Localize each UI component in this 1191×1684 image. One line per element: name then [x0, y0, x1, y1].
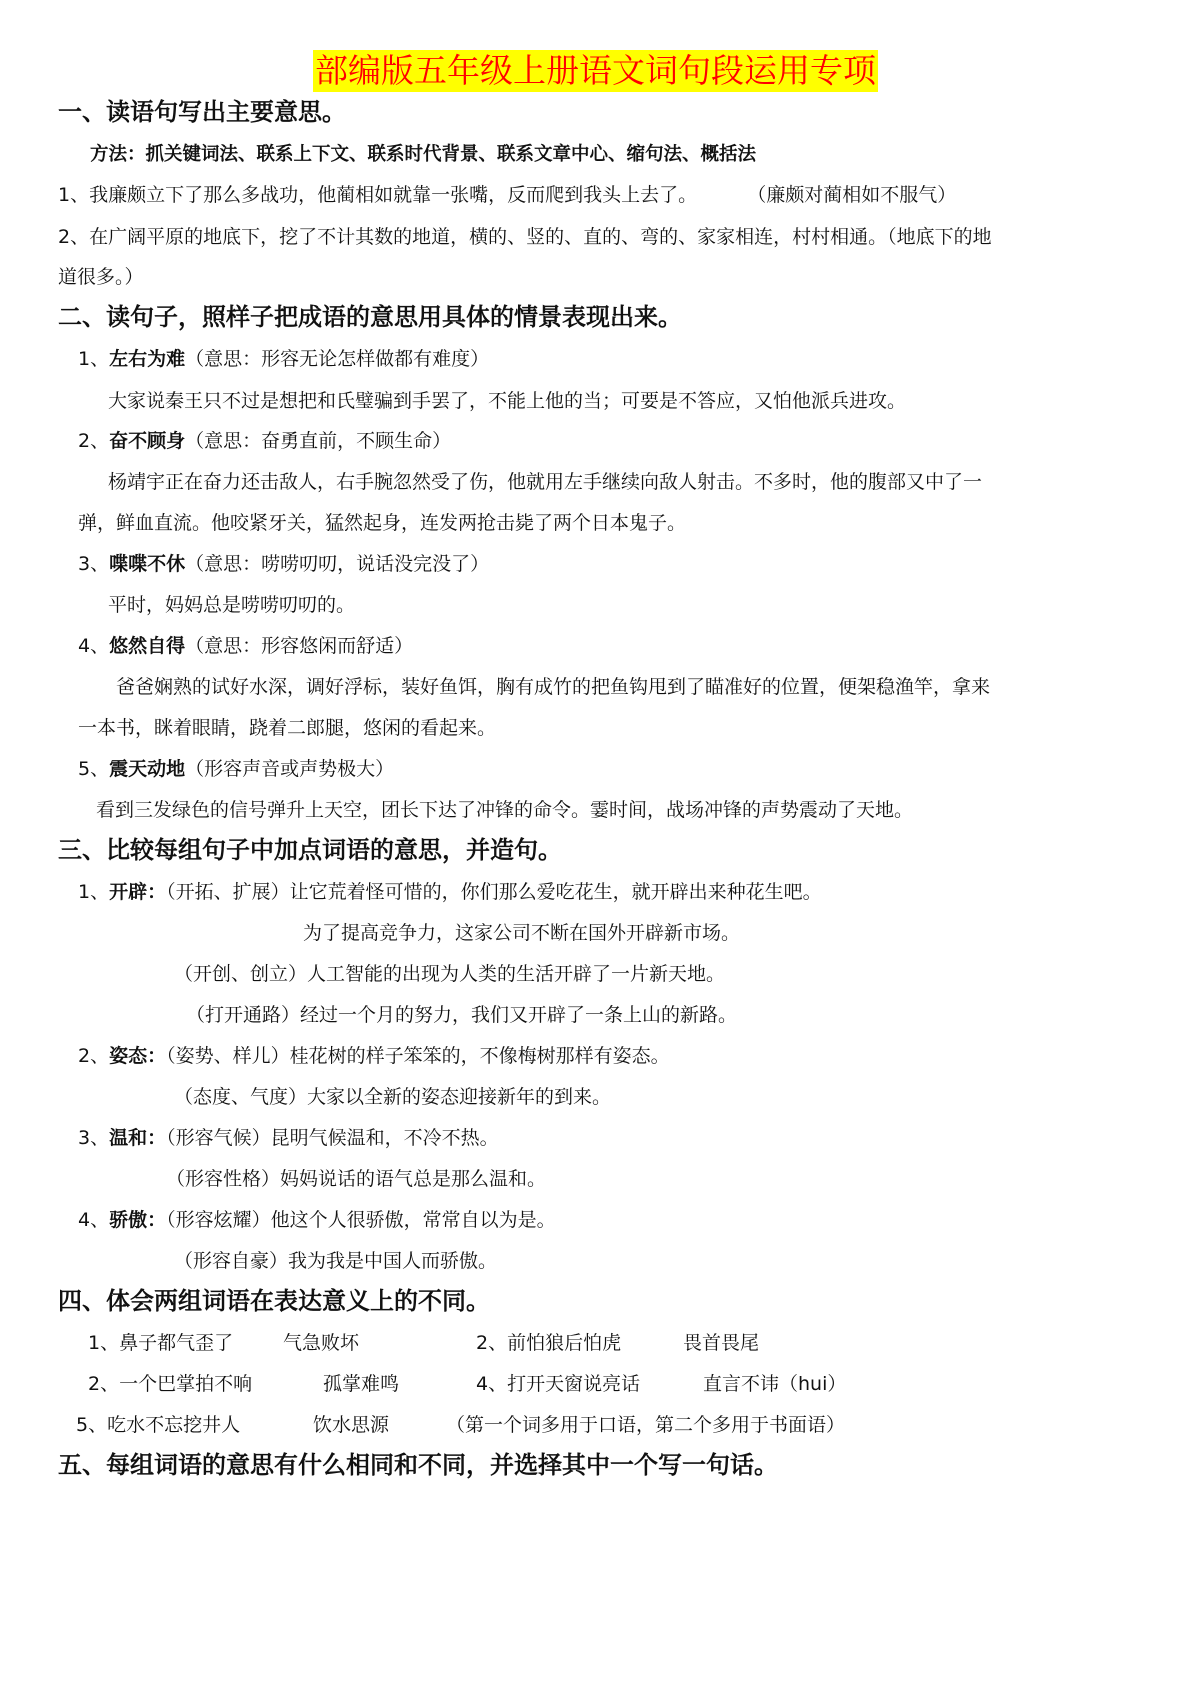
- section-2-item-2-title: 2、奋不顾身（意思：奋勇直前，不顾生命）: [78, 428, 451, 454]
- item-number: 2、: [78, 430, 109, 452]
- section-3-item-1-line-2: 为了提高竞争力，这家公司不断在国外开辟新市场。: [303, 920, 740, 946]
- section-3-item-4-line-1: 4、骄傲：（形容炫耀）他这个人很骄傲，常常自以为是。: [78, 1207, 556, 1233]
- item-number: 1、: [78, 348, 109, 370]
- item-answer: （廉颇对蔺相如不服气）: [747, 184, 956, 206]
- section-2-item-4-example-line-1: 爸爸娴熟的试好水深，调好浮标，装好鱼饵，胸有成竹的把鱼钩甩到了瞄准好的位置，便架…: [116, 674, 990, 700]
- section-4-row-1-col-2: 气急败坏: [283, 1330, 359, 1356]
- section-4-row-3-col-1: 5、吃水不忘挖井人: [76, 1412, 240, 1438]
- item-number: 5、: [78, 758, 109, 780]
- target-word: 骄傲：: [109, 1209, 166, 1231]
- idiom: 喋喋不休: [109, 553, 185, 575]
- idiom-meaning: （意思：奋勇直前，不顾生命）: [185, 430, 451, 452]
- section-4-row-2-col-3: 4、打开天窗说亮话: [476, 1371, 640, 1397]
- section-2-item-5-title: 5、震天动地（形容声音或声势极大）: [78, 756, 394, 782]
- section-2-item-1-title: 1、左右为难（意思：形容无论怎样做都有难度）: [78, 346, 489, 372]
- section-2-item-4-example-line-2: 一本书，眯着眼睛，跷着二郎腿，悠闲的看起来。: [78, 715, 496, 741]
- section-2-item-4-title: 4、悠然自得（意思：形容悠闲而舒适）: [78, 633, 413, 659]
- section-4-row-3-col-2: 饮水思源: [313, 1412, 389, 1438]
- item-number: 3、: [78, 553, 109, 575]
- section-3-item-2-line-1: 2、姿态：（姿势、样儿）桂花树的样子笨笨的，不像梅树那样有姿态。: [78, 1043, 670, 1069]
- idiom-meaning: （意思：形容悠闲而舒适）: [185, 635, 413, 657]
- document-title: 部编版五年级上册语文词句段运用专项: [313, 50, 878, 92]
- example-sentence: （形容炫耀）他这个人很骄傲，常常自以为是。: [166, 1209, 556, 1231]
- section-2-item-2-example-line-2: 弹，鲜血直流。他咬紧牙关，猛然起身，连发两抢击毙了两个日本鬼子。: [78, 510, 686, 536]
- section-4-row-3-note: （第一个词多用于口语，第二个多用于书面语）: [446, 1412, 845, 1438]
- section-1-item-2-continued: 道很多。）: [58, 264, 144, 290]
- item-number: 2、: [78, 1045, 109, 1067]
- section-2-item-1-example: 大家说秦王只不过是想把和氏璧骗到手罢了，不能上他的当；可要是不答应，又怕他派兵进…: [108, 388, 906, 414]
- section-1-item-1: 1、我廉颇立下了那么多战功，他蔺相如就靠一张嘴，反而爬到我头上去了。 （廉颇对蔺…: [58, 182, 956, 208]
- idiom-meaning: （意思：形容无论怎样做都有难度）: [185, 348, 489, 370]
- section-3-heading: 三、比较每组句子中加点词语的意思，并造句。: [58, 834, 562, 866]
- example-sentence: （开拓、扩展）让它荒着怪可惜的，你们那么爱吃花生，就开辟出来种花生吧。: [166, 881, 822, 903]
- section-2-item-2-example-line-1: 杨靖宇正在奋力还击敌人，右手腕忽然受了伤，他就用左手继续向敌人射击。不多时，他的…: [108, 469, 982, 495]
- idiom: 左右为难: [109, 348, 185, 370]
- section-4-row-2-col-1: 2、一个巴掌拍不响: [88, 1371, 252, 1397]
- idiom: 奋不顾身: [109, 430, 185, 452]
- title-container: 部编版五年级上册语文词句段运用专项: [0, 50, 1191, 92]
- section-2-item-5-example: 看到三发绿色的信号弹升上天空，团长下达了冲锋的命令。霎时间，战场冲锋的声势震动了…: [96, 797, 913, 823]
- item-number: 1、: [78, 881, 109, 903]
- item-text: 1、我廉颇立下了那么多战功，他蔺相如就靠一张嘴，反而爬到我头上去了。: [58, 184, 697, 206]
- idiom: 震天动地: [109, 758, 185, 780]
- section-4-row-2-col-4: 直言不讳（hui）: [703, 1371, 846, 1397]
- section-3-item-2-line-2: （态度、气度）大家以全新的姿态迎接新年的到来。: [174, 1084, 611, 1110]
- section-5-heading: 五、每组词语的意思有什么相同和不同，并选择其中一个写一句话。: [58, 1449, 778, 1481]
- example-sentence: （姿势、样儿）桂花树的样子笨笨的，不像梅树那样有姿态。: [166, 1045, 670, 1067]
- example-sentence: （形容气候）昆明气候温和，不冷不热。: [166, 1127, 499, 1149]
- section-2-item-3-example: 平时，妈妈总是唠唠叨叨的。: [108, 592, 355, 618]
- section-4-row-1-col-3: 2、前怕狼后怕虎: [476, 1330, 621, 1356]
- section-2-item-3-title: 3、喋喋不休（意思：唠唠叨叨，说话没完没了）: [78, 551, 489, 577]
- target-word: 温和：: [109, 1127, 166, 1149]
- section-3-item-4-line-2: （形容自豪）我为我是中国人而骄傲。: [174, 1248, 497, 1274]
- section-3-item-3-line-1: 3、温和：（形容气候）昆明气候温和，不冷不热。: [78, 1125, 499, 1151]
- section-3-item-3-line-2: （形容性格）妈妈说话的语气总是那么温和。: [166, 1166, 546, 1192]
- item-number: 3、: [78, 1127, 109, 1149]
- document-page: 部编版五年级上册语文词句段运用专项 一、读语句写出主要意思。 方法：抓关键词法、…: [0, 0, 1191, 1684]
- section-4-row-1-col-1: 1、鼻子都气歪了: [88, 1330, 233, 1356]
- section-1-method: 方法：抓关键词法、联系上下文、联系时代背景、联系文章中心、缩句法、概括法: [90, 142, 756, 168]
- section-3-item-1-line-1: 1、开辟：（开拓、扩展）让它荒着怪可惜的，你们那么爱吃花生，就开辟出来种花生吧。: [78, 879, 822, 905]
- section-1-item-2: 2、在广阔平原的地底下，挖了不计其数的地道，横的、竖的、直的、弯的、家家相连，村…: [58, 224, 992, 250]
- target-word: 开辟：: [109, 881, 166, 903]
- target-word: 姿态：: [109, 1045, 166, 1067]
- section-3-item-1-line-3: （开创、创立）人工智能的出现为人类的生活开辟了一片新天地。: [174, 961, 725, 987]
- section-2-heading: 二、读句子，照样子把成语的意思用具体的情景表现出来。: [58, 301, 682, 333]
- idiom-meaning: （形容声音或声势极大）: [185, 758, 394, 780]
- section-4-row-1-col-4: 畏首畏尾: [683, 1330, 759, 1356]
- section-1-heading: 一、读语句写出主要意思。: [58, 96, 346, 128]
- item-number: 4、: [78, 635, 109, 657]
- idiom: 悠然自得: [109, 635, 185, 657]
- item-number: 4、: [78, 1209, 109, 1231]
- idiom-meaning: （意思：唠唠叨叨，说话没完没了）: [185, 553, 489, 575]
- section-4-heading: 四、体会两组词语在表达意义上的不同。: [58, 1285, 490, 1317]
- section-4-row-2-col-2: 孤掌难鸣: [323, 1371, 399, 1397]
- section-3-item-1-line-4: （打开通路）经过一个月的努力，我们又开辟了一条上山的新路。: [186, 1002, 737, 1028]
